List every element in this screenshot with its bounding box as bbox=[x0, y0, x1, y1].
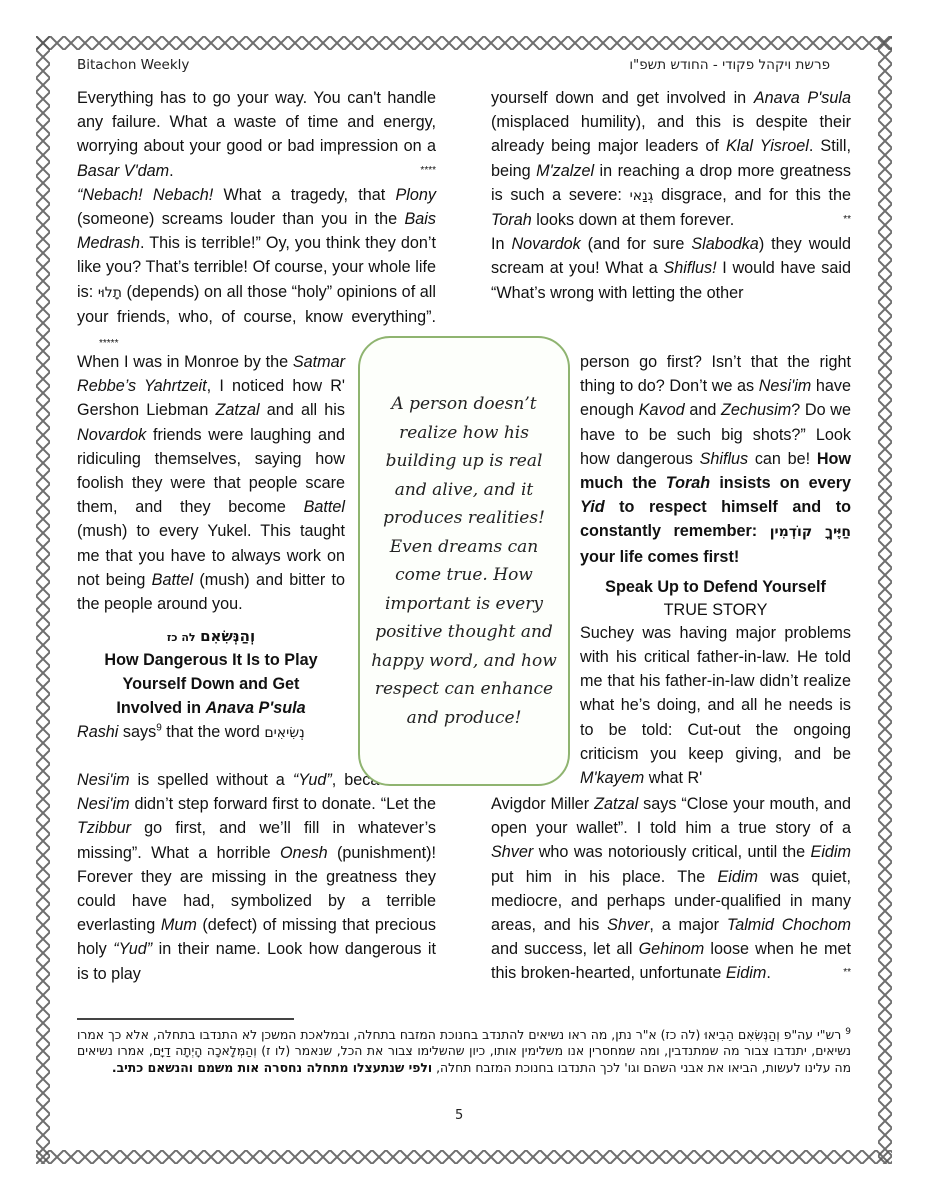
hebrew-word: תָלוּי bbox=[98, 285, 122, 301]
right-column-bottom: Avigdor Miller Zatzal says “Close your m… bbox=[491, 792, 851, 986]
paragraph: yourself down and get involved in Anava … bbox=[491, 86, 851, 232]
decorative-border-bottom bbox=[36, 1150, 892, 1164]
parsha-title: פרשת ויקהל פקודי - החודש תשפ"ו bbox=[629, 57, 830, 73]
hebrew-word: נְשִׂיאִים bbox=[264, 725, 304, 741]
right-column-top: yourself down and get involved in Anava … bbox=[491, 86, 851, 305]
section-stars: ** bbox=[843, 961, 851, 985]
paragraph: person go first? Isn’t that the right th… bbox=[580, 350, 851, 569]
pull-quote-box: A person doesn’t realize how his buildin… bbox=[358, 336, 570, 786]
right-column-middle: person go first? Isn’t that the right th… bbox=[580, 350, 851, 790]
paragraph: Nesi'im is spelled without a “Yud”, beca… bbox=[77, 768, 436, 986]
footnote: 9 רש"י עה"פ וְהַנְּשִׂאִם הֵבִיאוּ (לה כ… bbox=[77, 1024, 851, 1076]
section-stars: ** bbox=[843, 208, 851, 232]
decorative-border-right bbox=[878, 36, 892, 1164]
paragraph: Suchey was having major problems with hi… bbox=[580, 621, 851, 790]
left-column-top: Everything has to go your way. You can't… bbox=[77, 86, 436, 356]
section-heading: How Dangerous It Is to Play Yourself Dow… bbox=[77, 648, 345, 720]
section-heading: Speak Up to Defend Yourself bbox=[580, 575, 851, 599]
footnote-divider bbox=[77, 1018, 294, 1020]
paragraph: Everything has to go your way. You can't… bbox=[77, 86, 436, 183]
pull-quote-text: A person doesn’t realize how his buildin… bbox=[370, 390, 558, 732]
paragraph: When I was in Monroe by the Satmar Rebbe… bbox=[77, 350, 345, 616]
hebrew-word: גְנַאי bbox=[630, 188, 654, 204]
paragraph: Avigdor Miller Zatzal says “Close your m… bbox=[491, 792, 851, 986]
page-number: 5 bbox=[455, 1108, 463, 1123]
section-stars: ***** bbox=[99, 338, 118, 349]
left-column-middle: When I was in Monroe by the Satmar Rebbe… bbox=[77, 350, 345, 745]
section-stars: **** bbox=[420, 159, 436, 183]
hebrew-phrase: חַיֶּיךָ קוֹדְמִין bbox=[770, 524, 851, 540]
section-subtitle: TRUE STORY bbox=[580, 599, 851, 621]
decorative-border-left bbox=[36, 36, 50, 1164]
left-column-bottom: Nesi'im is spelled without a “Yud”, beca… bbox=[77, 768, 436, 986]
hebrew-verse-reference: וְהַנְּשִׂאִם לה כז bbox=[77, 626, 345, 648]
decorative-border-top bbox=[36, 36, 892, 50]
paragraph: In Novardok (and for sure Slabodka) they… bbox=[491, 232, 851, 305]
footnote-number: 9 bbox=[845, 1027, 851, 1037]
paragraph: Rashi says9 that the word נְשִׂיאִים bbox=[77, 720, 345, 745]
publication-title: Bitachon Weekly bbox=[77, 57, 189, 73]
paragraph: “Nebach! Nebach! What a tragedy, that Pl… bbox=[77, 183, 436, 356]
